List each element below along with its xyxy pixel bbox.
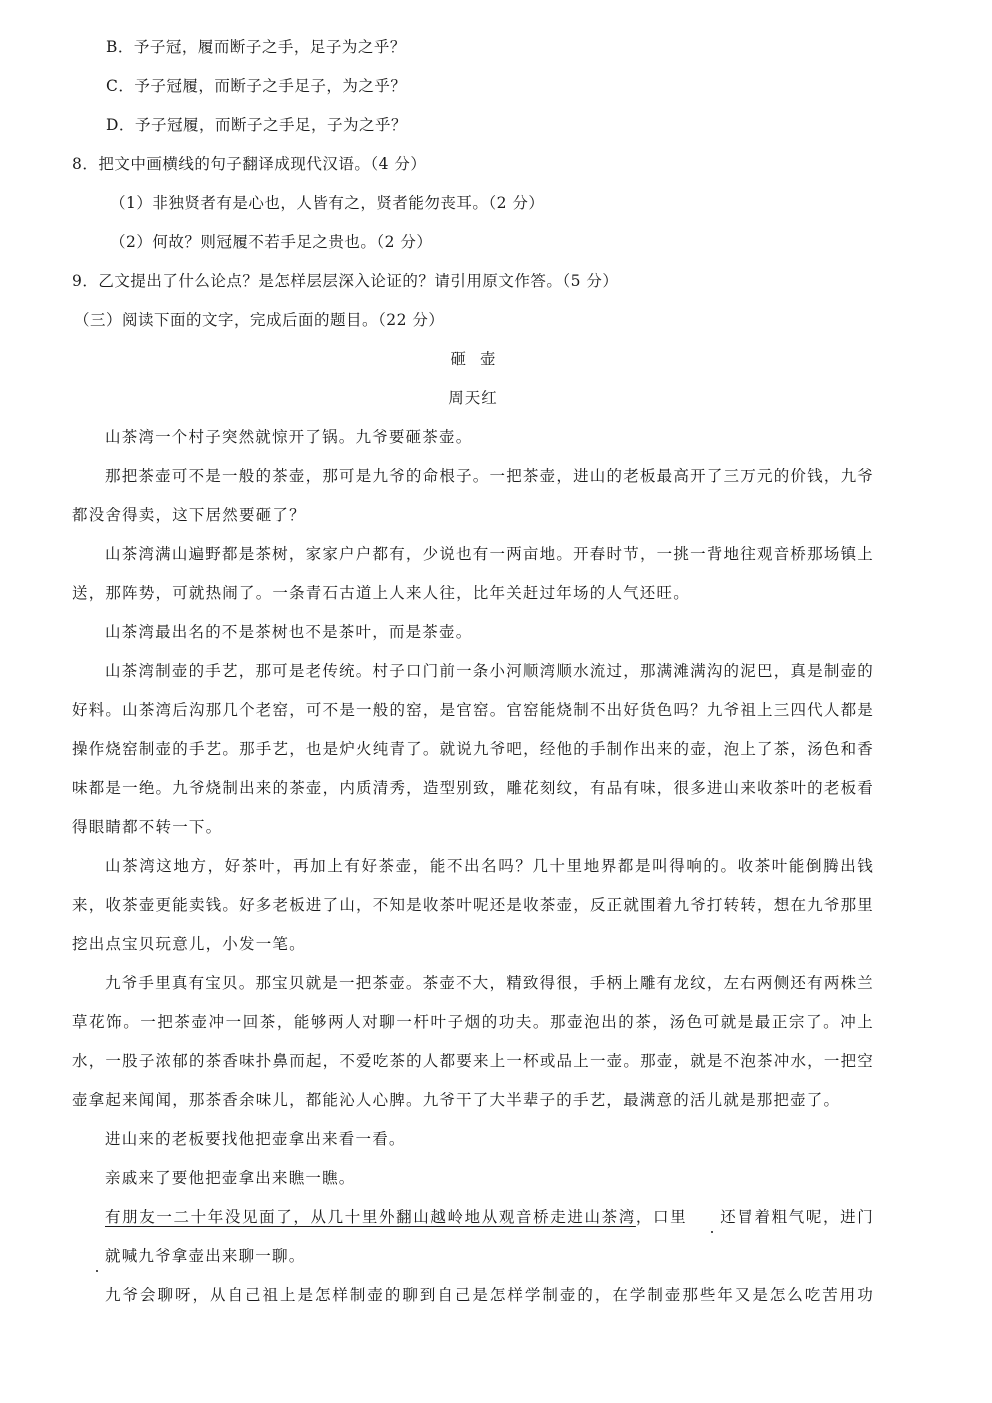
option-letter: B． <box>106 38 134 56</box>
text-run: ，口里 <box>636 1208 687 1226</box>
option-text: 予子冠，履而断子之手，足子为之乎？ <box>134 38 406 56</box>
question-8: 8．把文中画横线的句子翻译成现代汉语。（4 分） <box>72 145 874 184</box>
option-d: D．予子冠履，而断子之手足，子为之乎？ <box>72 106 874 145</box>
story-paragraph: 九爷会聊呀，从自己祖上是怎样制壶的聊到自己是怎样学制壶的，在学制壶那些年又是怎么… <box>72 1276 874 1315</box>
section-3-heading: （三）阅读下面的文字，完成后面的题目。（22 分） <box>72 301 874 340</box>
text-run: 冒着粗气呢，进门 <box>737 1208 874 1226</box>
story-paragraph: 山茶湾这地方，好茶叶，再加上有好茶壶，能不出名吗？几十里地界都是叫得响的。收茶叶… <box>72 847 874 964</box>
story-paragraph: 山茶湾制壶的手艺，那可是老传统。村子口门前一条小河顺湾顺水流过，那满滩满沟的泥巴… <box>72 652 874 847</box>
story-paragraph-underlined: 有朋友一二十年没见面了，从几十里外翻山越岭地从观音桥走进山茶湾，口里还冒着粗气呢… <box>72 1198 874 1276</box>
question-8-sub-2: （2）何故？则冠履不若手足之贵也。（2 分） <box>72 223 874 262</box>
option-c: C．予子冠履，而断子之手足子，为之乎？ <box>72 67 874 106</box>
story-paragraph: 山茶湾最出名的不是茶树也不是茶叶，而是茶壶。 <box>72 613 874 652</box>
question-8-sub-1: （1）非独贤者有是心也，人皆有之，贤者能勿丧耳。（2 分） <box>72 184 874 223</box>
story-title: 砸壶 <box>72 340 874 379</box>
option-text: 予子冠履，而断子之手足，子为之乎？ <box>135 116 407 134</box>
story-paragraph: 山茶湾一个村子突然就惊开了锅。九爷要砸茶壶。 <box>72 418 874 457</box>
story-paragraph: 那把茶壶可不是一般的茶壶，那可是九爷的命根子。一把茶壶，进山的老板最高开了三万元… <box>72 457 874 535</box>
option-letter: C． <box>106 77 134 95</box>
underlined-sentence: 有朋友一二十年没见面了，从几十里外翻山越岭地从观音桥走进山茶湾 <box>105 1208 636 1226</box>
text-run: 喊九爷拿壶出来聊一聊。 <box>122 1247 306 1265</box>
option-letter: D． <box>106 116 135 134</box>
story-paragraph: 山茶湾满山遍野都是茶树，家家户户都有，少说也有一两亩地。开春时节，一挑一背地往观… <box>72 535 874 613</box>
emphasis-dot-char: 就 <box>72 1237 122 1276</box>
story-title-text: 砸壶 <box>436 350 509 368</box>
story-paragraph: 进山来的老板要找他把壶拿出来看一看。 <box>72 1120 874 1159</box>
option-b: B．予子冠，履而断子之手，足子为之乎？ <box>72 28 874 67</box>
story-paragraph: 九爷手里真有宝贝。那宝贝就是一把茶壶。茶壶不大，精致得很，手柄上雕有龙纹，左右两… <box>72 964 874 1120</box>
story-author: 周天红 <box>72 379 874 418</box>
story-paragraph: 亲戚来了要他把壶拿出来瞧一瞧。 <box>72 1159 874 1198</box>
document-page: B．予子冠，履而断子之手，足子为之乎？ C．予子冠履，而断子之手足子，为之乎？ … <box>72 28 874 1315</box>
emphasis-dot-char: 还 <box>687 1198 737 1237</box>
option-text: 予子冠履，而断子之手足子，为之乎？ <box>134 77 406 95</box>
question-9: 9．乙文提出了什么论点？是怎样层层深入论证的？请引用原文作答。（5 分） <box>72 262 874 301</box>
